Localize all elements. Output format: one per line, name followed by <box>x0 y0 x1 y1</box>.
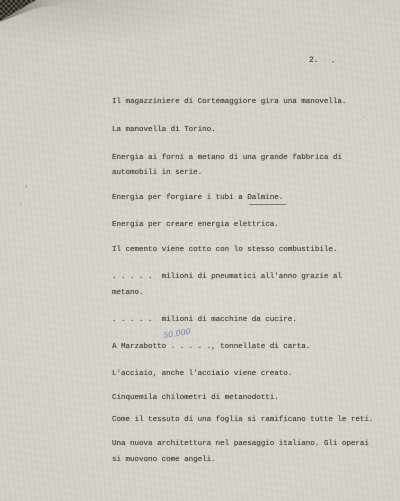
typed-line: La manovella di Torino. <box>112 126 216 135</box>
underline-dalmine <box>249 204 286 205</box>
typed-line: Energia ai forni a metano di una grande … <box>112 154 342 163</box>
paper-speck <box>25 185 27 188</box>
handwritten-annotation: 50.000 <box>162 327 191 340</box>
typed-line: L'acciaio, anche l'acciaio viene creato. <box>112 370 292 379</box>
typed-line: Il cemento viene cotto con lo stesso com… <box>112 246 337 255</box>
typed-line: metano. <box>112 289 144 298</box>
typed-line: . . . . . milioni di pneumatici all'anno… <box>112 273 342 282</box>
typed-line: Energia per creare energia elettrica. <box>112 221 279 230</box>
typed-line: . . . . . milioni di macchine da cucire. <box>112 316 297 325</box>
typed-line: Energia per forgiare i tubi a Dalmine. <box>112 194 283 203</box>
scanned-typewritten-page: 2. Il magazziniere di Cortemaggiore gira… <box>0 0 400 501</box>
paper-speck <box>363 116 365 118</box>
typed-line: Cinquemila chilometri di metanodotti. <box>112 394 279 403</box>
paper-speck <box>20 203 22 205</box>
typed-line: si muovono come angeli. <box>112 456 216 465</box>
typed-line: Come il tessuto di una foglia si ramific… <box>112 416 373 425</box>
typed-line: automobili in serie. <box>112 169 202 178</box>
typed-line: A Marzabotto . . . . ., tonnellate di ca… <box>112 343 310 352</box>
page-number: 2. <box>309 56 319 65</box>
typed-line: Una nuova architettura nel paesaggio ita… <box>112 440 369 449</box>
paper-speck <box>332 61 334 63</box>
typed-line: Il magazziniere di Cortemaggiore gira un… <box>112 98 346 107</box>
